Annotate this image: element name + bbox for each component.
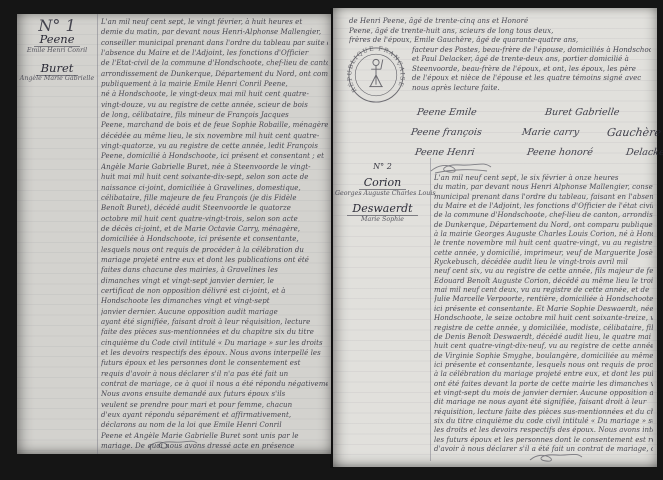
text-line: huit cent quatre-vingt-dix-neuf, vu au r… xyxy=(434,342,653,351)
text-line: célibataire, fille majeure de feu Franço… xyxy=(101,193,328,203)
text-line: certificat de non opposition délivré est… xyxy=(101,286,328,296)
record1-bride-surname: Buret xyxy=(17,57,97,76)
record2-groom-given: Georges Auguste Charles Louis xyxy=(335,190,430,197)
record2-bride-given: Marie Sophie xyxy=(335,216,430,223)
text-line: Peene honoré xyxy=(526,147,593,158)
text-line: mariage. De quoi nous avons dressé acte … xyxy=(101,441,328,451)
text-line: ici présente et consentante. Et Marie So… xyxy=(434,305,653,314)
text-line: Édouard Benoît Auguste Corion, décédé au… xyxy=(434,277,653,286)
signature-row: Peene EmileBuret Gabrielle xyxy=(411,102,647,122)
text-line: veulent se prendre pour mari et pour fem… xyxy=(101,400,328,410)
text-line: de décès ci-joint, et de Marie Octavie C… xyxy=(101,224,328,234)
text-line: Peene Henri xyxy=(414,147,475,158)
record1-margin-column: N° 1 Peene Emile Henri Conril Buret Angè… xyxy=(17,14,98,454)
officer-paraphe-icon xyxy=(528,450,584,464)
text-line: registre de cette année, y domiciliée, m… xyxy=(434,324,653,333)
text-line: conseiller municipal prenant dans l'ordr… xyxy=(101,38,328,48)
text-line: le trente novembre mil huit cent quatre-… xyxy=(434,239,653,248)
text-line: réquisition, lecture faite des pièces su… xyxy=(434,408,653,417)
text-line: Benoît Buret), décédé audit Steenvoorde … xyxy=(101,203,328,213)
text-line: de long, célibataire, fils mineur de Fra… xyxy=(101,110,328,120)
text-line: de Henri Peene, âgé de trente-cinq ans e… xyxy=(349,17,651,27)
record1-groom-surname: Peene xyxy=(17,28,97,47)
text-line: de Dunkerque, Département du Nord, ont c… xyxy=(434,221,653,230)
text-line: Peene, âgé de trente-huit ans, scieurs d… xyxy=(349,27,651,37)
text-line: décédée au même lieu, le six novembre mi… xyxy=(101,131,328,141)
record2-margin-rule xyxy=(430,158,431,461)
text-line: faites dans chacune des mairies, à Grave… xyxy=(101,265,328,275)
text-line: huit mai mil huit cent soixante-dix-sept… xyxy=(101,172,328,182)
text-line: mariage projeté entre eux et dont les pu… xyxy=(101,255,328,265)
text-line: ayant été signifiée, faisant droit à leu… xyxy=(101,317,328,327)
text-line: Peene françois xyxy=(410,127,482,138)
text-line: de Denis Benoît Deswaerdt, décédé audit … xyxy=(434,333,653,342)
text-line: les futurs époux et les personnes dont l… xyxy=(434,436,653,445)
text-line: Peene et Angèle Marie Gabrielle Buret so… xyxy=(101,431,328,441)
text-line: Peene, marchand de bois et de feue Sophi… xyxy=(101,120,328,130)
text-line: né à Hondschoote, le vingt-deux mai mil … xyxy=(101,89,328,99)
record1-signatures: Peene EmileBuret Gabrielle Peene françoi… xyxy=(411,102,647,162)
text-line: Buret Gabrielle xyxy=(544,107,620,118)
text-line: vingt-douze, vu au registre de cette ann… xyxy=(101,100,328,110)
text-line: déclarons au nom de la loi que Emile Hen… xyxy=(101,420,328,430)
text-line: dimanches vingt et vingt-sept janvier de… xyxy=(101,276,328,286)
text-line: Angèle Marie Gabrielle Buret, née à Stee… xyxy=(101,162,328,172)
text-line: six du titre cinquième du code civil int… xyxy=(434,417,653,426)
record1-continuation-text: de Henri Peene, âgé de trente-cinq ans e… xyxy=(349,17,651,93)
text-line: publiquement à la mairie Emile Henri Con… xyxy=(101,79,328,89)
text-line: requis d'avoir à nous déclarer s'il n'a … xyxy=(101,369,328,379)
text-line: neuf cent six, vu au registre de cette a… xyxy=(434,267,653,276)
text-line: domiciliée à Hondschoote, ici présente e… xyxy=(101,234,328,244)
record2-bride-surname: Deswaerdt xyxy=(335,197,430,216)
text-line: octobre mil huit cent quatre-vingt-trois… xyxy=(101,214,328,224)
text-line: janvier dernier. Aucune opposition audit… xyxy=(101,307,328,317)
text-line: Ryckebusch, décédée audit lieu le vingt-… xyxy=(434,258,653,267)
text-line: L'an mil neuf cent sept, le vingt févrie… xyxy=(101,17,328,27)
record1-bride-given: Angèle Marie Gabrielle xyxy=(17,75,97,82)
register-page-left: N° 1 Peene Emile Henri Conril Buret Angè… xyxy=(17,14,331,454)
text-line: municipal prenant dans l'ordre du tablea… xyxy=(434,193,653,202)
record2-body-text: L'an mil neuf cent sept, le six février … xyxy=(434,174,653,454)
text-line: contrat de mariage, ce à quoi il nous a … xyxy=(101,379,328,389)
text-line: faite des pièces sus-mentionnées et du c… xyxy=(101,327,328,337)
officer-paraphe-icon xyxy=(147,437,199,451)
text-line: L'an mil neuf cent sept, le six février … xyxy=(434,174,653,183)
text-line: cette année, y domicilié, imprimeur, veu… xyxy=(434,249,653,258)
text-line: Hondschoote les dimanches vingt et vingt… xyxy=(101,296,328,306)
record2-number: N° 2 xyxy=(335,162,430,171)
text-line: nous après lecture faite. xyxy=(349,84,651,94)
text-line: à la célébration du mariage projeté entr… xyxy=(434,370,653,379)
record1-body-text: L'an mil neuf cent sept, le vingt févrie… xyxy=(101,17,328,451)
text-line: ont été faites devant la porte de cette … xyxy=(434,380,653,389)
signature-row: Peene HenriPeene honoréDelacker Paul xyxy=(411,142,647,162)
text-line: futurs époux et les personnes dont le co… xyxy=(101,358,328,368)
text-line: de l'Etat-civil de la commune d'Hondscho… xyxy=(101,58,328,68)
text-line: Hondschoote, le seize octobre mil huit c… xyxy=(434,314,653,323)
text-line: de Virginie Sophie Smyghe, boulangère, d… xyxy=(434,352,653,361)
text-line: Peene Emile xyxy=(416,107,477,118)
text-line: à la mairie Georges Auguste Charles Loui… xyxy=(434,230,653,239)
text-line: Peene, domicilié à Hondschoote, ici prés… xyxy=(101,151,328,161)
text-line: facteur des Postes, beau-frère de l'épou… xyxy=(349,46,651,56)
register-scan: N° 1 Peene Emile Henri Conril Buret Angè… xyxy=(0,0,663,480)
text-line: et Paul Delacker, âgé de trente-deux ans… xyxy=(349,55,651,65)
text-line: de l'époux et nièce de l'épouse et les q… xyxy=(349,74,651,84)
text-line: Nous avons ensuite demandé aux futurs ép… xyxy=(101,389,328,399)
record2-margin-column: N° 2 Corion Georges Auguste Charles Loui… xyxy=(335,162,430,223)
text-line: et vingt-sept du mois de janvier dernier… xyxy=(434,389,653,398)
text-line: les droits et les devoirs respectifs des… xyxy=(434,426,653,435)
record2-groom-surname: Corion xyxy=(335,171,430,190)
text-line: dit mariage ne nous ayant été signifiée,… xyxy=(434,398,653,407)
text-line: Delacker Paul xyxy=(626,147,663,158)
register-page-right: RÉPUBLIQUE FRANÇAISE de Henri Peene, âgé… xyxy=(333,8,657,467)
text-line: mai mil neuf cent deux, vu au registre d… xyxy=(434,286,653,295)
text-line: du Maire et de l'Adjoint, les fonctions … xyxy=(434,202,653,211)
record1-groom-given: Emile Henri Conril xyxy=(17,47,97,54)
text-line: demie du matin, par devant nous Henri-Al… xyxy=(101,27,328,37)
text-line: lesquels nous ont requis de procéder à l… xyxy=(101,245,328,255)
text-line: l'absence du Maire et de l'Adjoint, les … xyxy=(101,48,328,58)
text-line: d'eux ayant répondu séparément et affirm… xyxy=(101,410,328,420)
text-line: arrondissement de Dunkerque, Département… xyxy=(101,69,328,79)
text-line: Julie Marcelle Verpoorte, rentière, domi… xyxy=(434,295,653,304)
text-line: Steenvoorde, beau-frère de l'époux, et o… xyxy=(349,65,651,75)
text-line: ici présente et consentante, lesquels no… xyxy=(434,361,653,370)
text-line: du matin, par devant nous Henri Alphonse… xyxy=(434,183,653,192)
text-line: cinquième du Code civil intitulé « Du ma… xyxy=(101,338,328,348)
text-line: vingt-quatorze, vu au registre de cette … xyxy=(101,141,328,151)
text-line: et les devoirs respectifs des époux. Nou… xyxy=(101,348,328,358)
text-line: frères de l'époux, Emile Gauchère, âgé d… xyxy=(349,36,651,46)
text-line: naissance ci-joint, domiciliée à Graveli… xyxy=(101,183,328,193)
text-line: Marie carry xyxy=(521,127,580,138)
text-line: de la commune d'Hondschoote, chef-lieu d… xyxy=(434,211,653,220)
signature-row: Peene françoisMarie carryGauchère xyxy=(411,122,647,142)
text-line: Gauchère xyxy=(606,126,662,139)
